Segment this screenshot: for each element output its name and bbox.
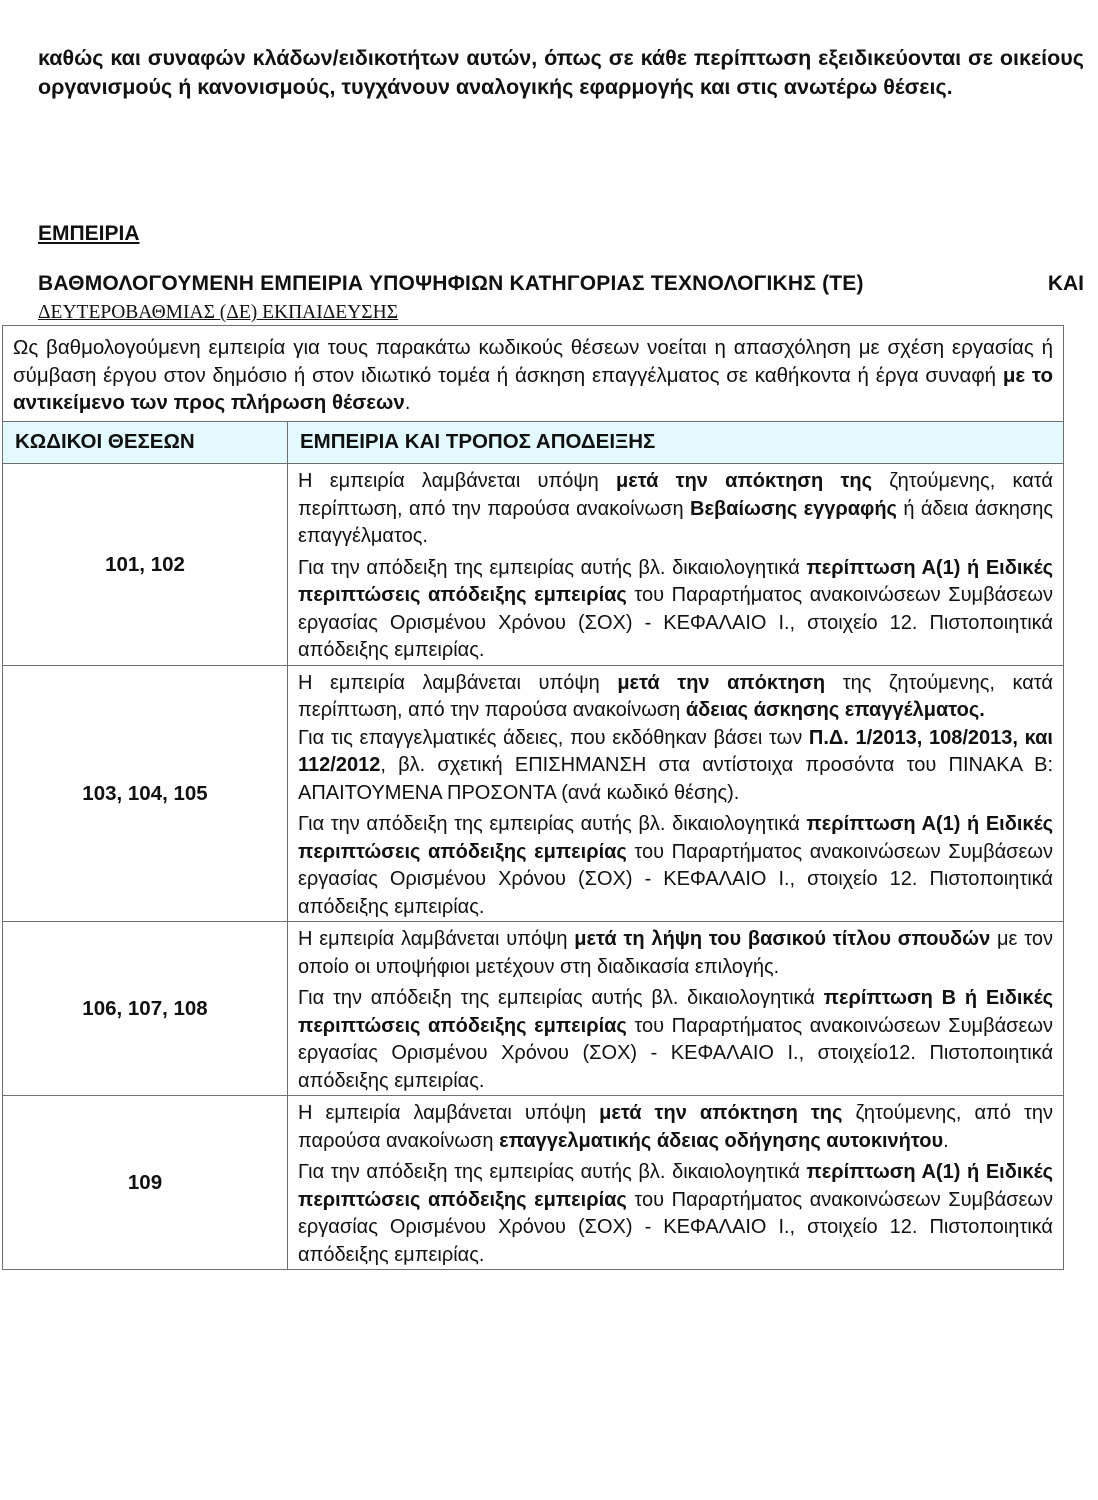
description-paragraph: Για την απόδειξη της εμπειρίας αυτής βλ.…	[298, 811, 1053, 921]
table-intro-end: .	[405, 391, 411, 414]
table-intro-cell: Ως βαθμολογούμενη εμπειρία για τους παρα…	[3, 326, 1064, 422]
description-paragraph: Για την απόδειξη της εμπειρίας αυτής βλ.…	[298, 985, 1053, 1095]
experience-description: Η εμπειρία λαμβάνεται υπόψη μετά την από…	[288, 464, 1064, 666]
description-paragraph: Η εμπειρία λαμβάνεται υπόψη μετά την από…	[298, 670, 1053, 725]
header-experience: ΕΜΠΕΙΡΙΑ ΚΑΙ ΤΡΟΠΟΣ ΑΠΟΔΕΙΞΗΣ	[288, 421, 1064, 464]
table-header-row: ΚΩΔΙΚΟΙ ΘΕΣΕΩΝ ΕΜΠΕΙΡΙΑ ΚΑΙ ΤΡΟΠΟΣ ΑΠΟΔΕ…	[3, 421, 1064, 464]
description-paragraph: Η εμπειρία λαμβάνεται υπόψη μετά την από…	[298, 1100, 1053, 1155]
table-row: 106, 107, 108Η εμπειρία λαμβάνεται υπόψη…	[3, 922, 1064, 1096]
description-paragraph: Για την απόδειξη της εμπειρίας αυτής βλ.…	[298, 1159, 1053, 1269]
experience-description: Η εμπειρία λαμβάνεται υπόψη μετά την από…	[288, 665, 1064, 922]
experience-description: Η εμπειρία λαμβάνεται υπόψη μετά την από…	[288, 1096, 1064, 1270]
position-codes: 106, 107, 108	[3, 922, 288, 1096]
description-paragraph: Η εμπειρία λαμβάνεται υπόψη μετά τη λήψη…	[298, 926, 1053, 981]
intro-paragraph: καθώς και συναφών κλάδων/ειδικοτήτων αυτ…	[38, 44, 1084, 102]
description-paragraph: Για την απόδειξη της εμπειρίας αυτής βλ.…	[298, 555, 1053, 665]
experience-description: Η εμπειρία λαμβάνεται υπόψη μετά τη λήψη…	[288, 922, 1064, 1096]
table-row: 109Η εμπειρία λαμβάνεται υπόψη μετά την …	[3, 1096, 1064, 1270]
section-heading: ΕΜΠΕΙΡΙΑ	[38, 222, 140, 246]
table-row: 103, 104, 105Η εμπειρία λαμβάνεται υπόψη…	[3, 665, 1064, 922]
table-row: 101, 102Η εμπειρία λαμβάνεται υπόψη μετά…	[3, 464, 1064, 666]
position-codes: 109	[3, 1096, 288, 1270]
position-codes: 101, 102	[3, 464, 288, 666]
subtitle-text: ΒΑΘΜΟΛΟΓΟΥΜΕΝΗ ΕΜΠΕΙΡΙΑ ΥΠΟΨΗΦΙΩΝ ΚΑΤΗΓΟ…	[38, 272, 864, 296]
description-paragraph: Η εμπειρία λαμβάνεται υπόψη μετά την από…	[298, 468, 1053, 551]
position-codes: 103, 104, 105	[3, 665, 288, 922]
header-codes: ΚΩΔΙΚΟΙ ΘΕΣΕΩΝ	[3, 421, 288, 464]
table-intro-row: Ως βαθμολογούμενη εμπειρία για τους παρα…	[3, 326, 1064, 422]
table-intro-text: Ως βαθμολογούμενη εμπειρία για τους παρα…	[13, 336, 1053, 387]
experience-table: Ως βαθμολογούμενη εμπειρία για τους παρα…	[2, 325, 1064, 1270]
description-paragraph: Για τις επαγγελματικές άδειες, που εκδόθ…	[298, 725, 1053, 808]
subtitle-end-word: ΚΑΙ	[1048, 272, 1084, 296]
subtitle-line-1: ΒΑΘΜΟΛΟΓΟΥΜΕΝΗ ΕΜΠΕΙΡΙΑ ΥΠΟΨΗΦΙΩΝ ΚΑΤΗΓΟ…	[38, 272, 1084, 296]
subtitle-line-2: ΔΕΥΤΕΡΟΒΑΘΜΙΑΣ (ΔΕ) ΕΚΠΑΙΔΕΥΣΗΣ	[38, 302, 398, 324]
